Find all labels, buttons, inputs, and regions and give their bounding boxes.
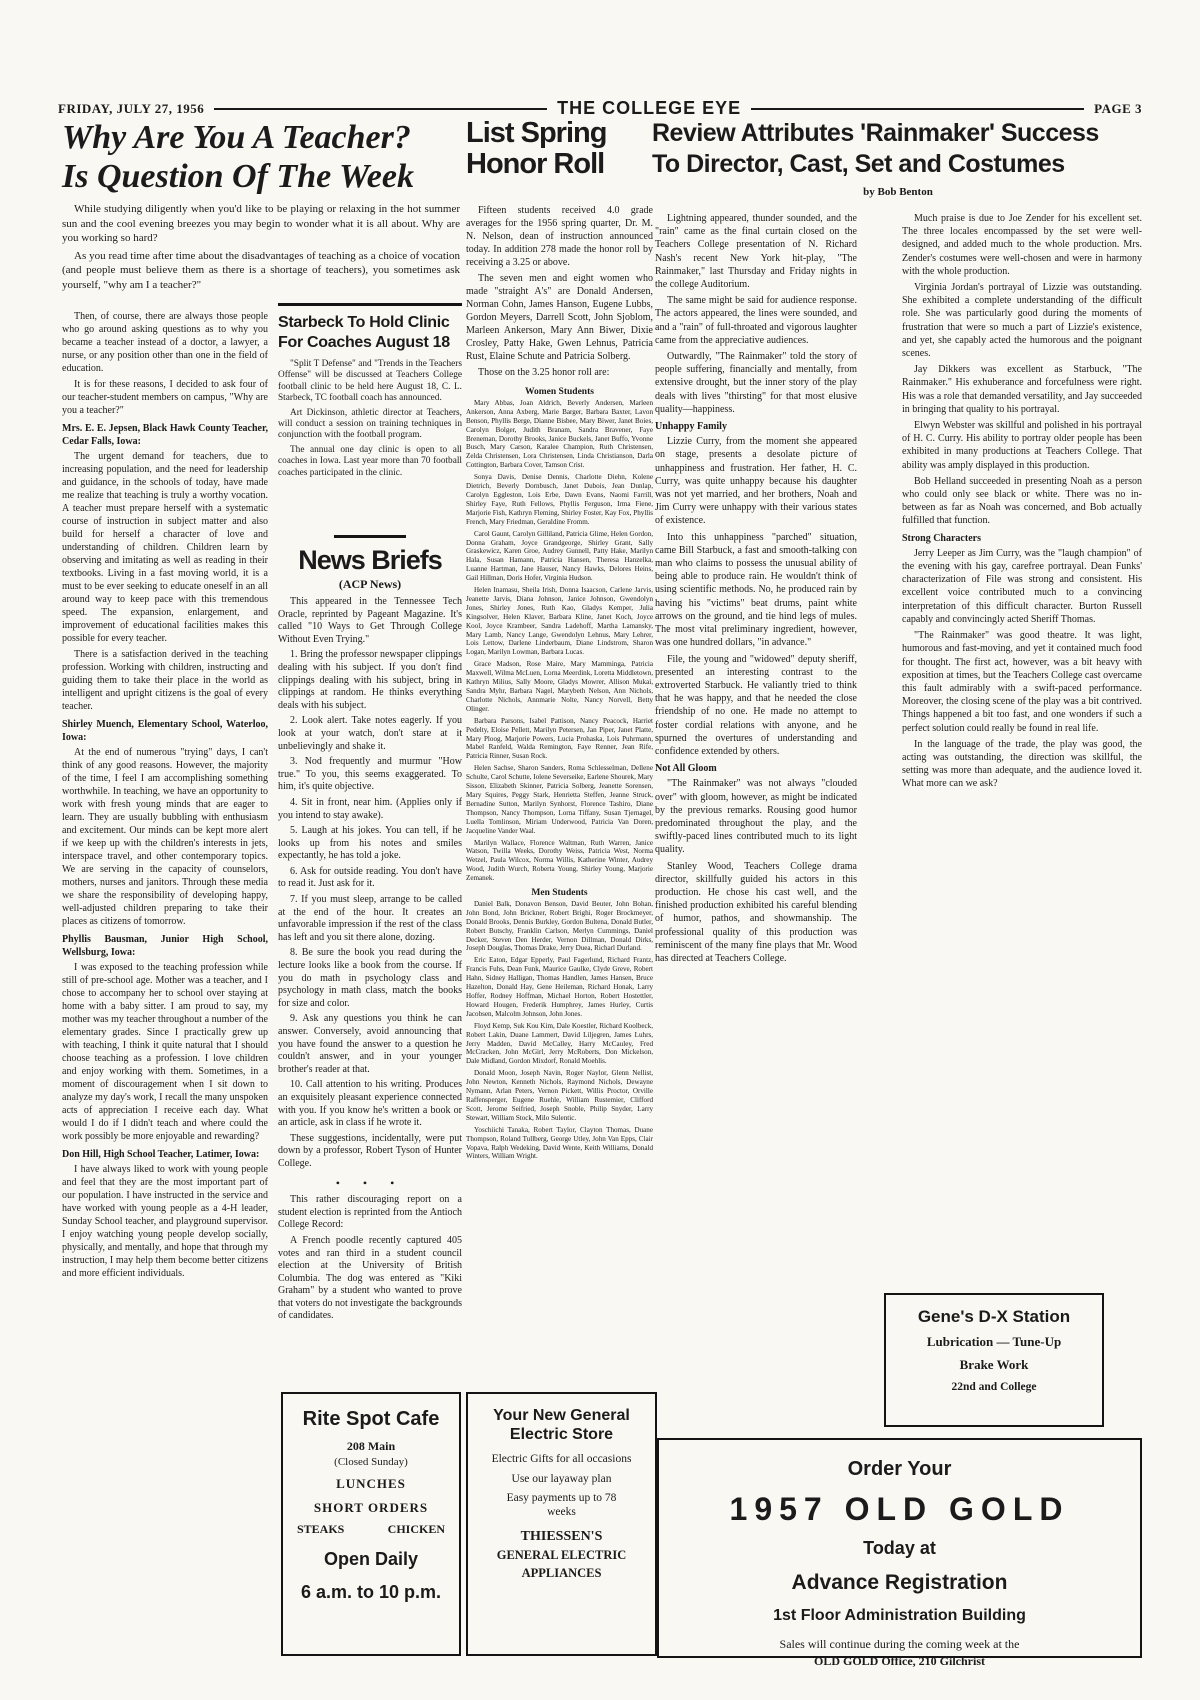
teacher-p1: Then, of course, there are always those … — [62, 310, 268, 375]
honor-roll-name-lists: Women Students Mary Abbas, Joan Aldrich,… — [466, 382, 653, 1164]
old-gold-advance-registration: Advance Registration — [659, 1571, 1140, 1595]
old-gold-office: OLD GOLD Office, 210 Gilchrist — [659, 1654, 1140, 1669]
ge-ad-title-line1: Your New General — [468, 1406, 655, 1425]
rainmaker-c2-p5: Bob Helland succeeded in presenting Noah… — [902, 475, 1142, 528]
old-gold-order-your: Order Your — [659, 1458, 1140, 1481]
rainmaker-c2-p1: Much praise is due to Joe Zender for his… — [902, 212, 1142, 278]
rite-spot-steaks: STEAKS — [297, 1522, 344, 1537]
rainmaker-headline: Review Attributes 'Rainmaker' Success To… — [652, 118, 1144, 180]
men-students-heading: Men Students — [466, 889, 653, 898]
rainmaker-c1-p5: Into this unhappiness "parched" situatio… — [655, 531, 857, 650]
rite-spot-title: Rite Spot Cafe — [283, 1408, 459, 1431]
rainmaker-c2-p4: Elwyn Webster was skillful and polished … — [902, 419, 1142, 472]
women-names-group: Mary Abbas, Joan Aldrich, Beverly Anders… — [466, 399, 653, 470]
rainmaker-c1-p7: "The Rainmaker" was not always "clouded … — [655, 777, 857, 856]
header-rule-right — [751, 108, 1084, 110]
genes-ad-line3: 22nd and College — [886, 1381, 1102, 1393]
teacher-headline-line2: Is Question Of The Week — [62, 157, 462, 196]
genes-dx-station-ad: Gene's D-X Station Lubrication — Tune-Up… — [884, 1293, 1104, 1427]
rainmaker-c2-p3: Jay Dikkers was excellent as Starbuck, "… — [902, 363, 1142, 416]
news-briefs-election-p1: This rather discouraging report on a stu… — [278, 1194, 462, 1232]
header-rule-left — [214, 108, 547, 110]
news-brief-item: 4. Sit in front, near him. (Applies only… — [278, 797, 462, 822]
starbeck-p2: Art Dickinson, athletic director at Teac… — [278, 408, 462, 442]
news-brief-item: 3. Nod frequently and murmur "How true."… — [278, 756, 462, 794]
header-page-number: PAGE 3 — [1094, 101, 1142, 117]
teacher-p2: It is for these reasons, I decided to as… — [62, 378, 268, 417]
women-names-group: Helen Inamasu, Sheila Irish, Donna Isaac… — [466, 586, 653, 657]
news-brief-item: 6. Ask for outside reading. You don't ha… — [278, 866, 462, 891]
genes-ad-line2: Brake Work — [886, 1357, 1102, 1373]
honor-roll-headline-line1: List Spring — [466, 118, 653, 149]
rainmaker-c2-p7: "The Rainmaker" was good theatre. It was… — [902, 629, 1142, 735]
starbeck-p1: "Split T Defense" and "Trends in the Tea… — [278, 359, 462, 405]
rainmaker-c1-p2: The same might be said for audience resp… — [655, 294, 857, 347]
honor-roll-intro: Fifteen students received 4.0 grade aver… — [466, 204, 653, 379]
page-header: FRIDAY, JULY 27, 1956 THE COLLEGE EYE PA… — [58, 98, 1142, 119]
rainmaker-subhead-not-all-gloom: Not All Gloom — [655, 762, 857, 775]
men-names-group: Donald Moon, Joseph Navin, Roger Naylor,… — [466, 1069, 653, 1122]
rite-spot-closed-note: (Closed Sunday) — [283, 1456, 459, 1468]
masthead-title: THE COLLEGE EYE — [557, 98, 741, 119]
women-names-group: Sonya Davis, Denise Dennis, Charlotte Di… — [466, 473, 653, 526]
honor-roll-p1: Fifteen students received 4.0 grade aver… — [466, 204, 653, 269]
news-brief-item: 8. Be sure the book you read during the … — [278, 947, 462, 1010]
teacher-intro-p1: While studying diligently when you'd lik… — [62, 202, 460, 246]
honor-roll-p2: The seven men and eight women who made "… — [466, 272, 653, 363]
women-names-group: Grace Madson, Rose Maire, Mary Mamminga,… — [466, 660, 653, 713]
header-date: FRIDAY, JULY 27, 1956 — [58, 101, 204, 117]
rainmaker-c1-p1: Lightning appeared, thunder sounded, and… — [655, 212, 857, 291]
news-briefs-body: This appeared in the Tennessee Tech Orac… — [278, 596, 462, 1323]
rainmaker-subhead-unhappy-family: Unhappy Family — [655, 420, 857, 433]
rainmaker-c1-p8: Stanley Wood, Teachers College drama dir… — [655, 860, 857, 966]
news-brief-item: 1. Bring the professor newspaper clippin… — [278, 649, 462, 712]
genes-ad-line1: Lubrication — Tune-Up — [886, 1334, 1102, 1350]
rainmaker-column-2: Much praise is due to Joe Zender for his… — [902, 212, 1142, 1288]
teacher-article-intro: While studying diligently when you'd lik… — [62, 202, 460, 295]
rainmaker-c2-p6: Jerry Leeper as Jim Curry, was the "laug… — [902, 547, 1142, 626]
news-brief-item: 7. If you must sleep, arrange to be call… — [278, 894, 462, 944]
honor-roll-article: List Spring Honor Roll Fifteen students … — [466, 118, 653, 1164]
news-briefs-source: (ACP News) — [278, 577, 462, 592]
honor-roll-headline-line2: Honor Roll — [466, 149, 653, 180]
women-names-group: Barbara Parsons, Isabel Pattison, Nancy … — [466, 717, 653, 762]
ge-ad-title: Your New General Electric Store — [468, 1406, 655, 1444]
rainmaker-c1-p4: Lizzie Curry, from the moment she appear… — [655, 435, 857, 527]
ge-ad-layaway-line: Use our layaway plan — [468, 1473, 655, 1485]
starbeck-clinic-article: Starbeck To Hold Clinic For Coaches Augu… — [278, 303, 462, 482]
teacher-p4: There is a satisfaction derived in the t… — [62, 648, 268, 713]
rite-spot-open-daily: Open Daily — [283, 1549, 459, 1570]
ge-ad-payments-line: Easy payments up to 78 weeks — [468, 1491, 655, 1519]
news-brief-item: 9. Ask any questions you think he can an… — [278, 1013, 462, 1076]
honor-roll-headline: List Spring Honor Roll — [466, 118, 653, 180]
women-names-group: Carol Gaunt, Carolyn Gilliland, Patricia… — [466, 530, 653, 583]
rainmaker-c1-p3: Outwardly, "The Rainmaker" told the stor… — [655, 350, 857, 416]
news-briefs-election-p2: A French poodle recently captured 405 vo… — [278, 1235, 462, 1323]
ge-ad-title-line2: Electric Store — [468, 1425, 655, 1444]
men-names-group: Yoschiichi Tanaka, Robert Taylor, Clayto… — [466, 1126, 653, 1162]
rite-spot-hours: 6 a.m. to 10 p.m. — [283, 1582, 459, 1603]
rainmaker-byline: by Bob Benton — [652, 186, 1144, 198]
news-briefs-closing: These suggestions, incidentally, were pu… — [278, 1133, 462, 1171]
teacher-intro-p2: As you read time after time about the di… — [62, 249, 460, 293]
teacher-article-headline: Why Are You A Teacher? Is Question Of Th… — [62, 118, 462, 196]
men-names-group: Floyd Kemp, Suk Kou Kim, Dale Koestler, … — [466, 1022, 653, 1067]
teacher-headline-line1: Why Are You A Teacher? — [62, 118, 462, 157]
general-electric-store-ad: Your New General Electric Store Electric… — [466, 1392, 657, 1656]
old-gold-location: 1st Floor Administration Building — [659, 1607, 1140, 1625]
women-names-group: Helen Sachse, Sharon Sanders, Roma Schle… — [466, 764, 653, 835]
teacher-p3: The urgent demand for teachers, due to i… — [62, 450, 268, 645]
news-briefs-section: News Briefs (ACP News) This appeared in … — [278, 535, 462, 1380]
rite-spot-address: 208 Main — [283, 1439, 459, 1454]
women-names-group: Marilyn Wallace, Florence Waltman, Ruth … — [466, 839, 653, 884]
starbeck-p3: The annual one day clinic is open to all… — [278, 445, 462, 479]
teacher-p5: At the end of numerous "trying" days, I … — [62, 746, 268, 928]
men-names-group: Daniel Balk, Donavon Benson, David Beute… — [466, 900, 653, 953]
teacher-p7: I have always liked to work with young p… — [62, 1163, 268, 1280]
news-brief-item: 10. Call attention to his writing. Produ… — [278, 1079, 462, 1129]
teacher-subhead-jepsen: Mrs. E. E. Jepsen, Black Hawk County Tea… — [62, 422, 268, 448]
women-students-heading: Women Students — [466, 388, 653, 397]
newspaper-page: FRIDAY, JULY 27, 1956 THE COLLEGE EYE PA… — [0, 0, 1200, 1700]
news-briefs-rule — [334, 535, 406, 538]
rainmaker-subhead-strong-characters: Strong Characters — [902, 532, 1142, 545]
ge-ad-appliances: APPLIANCES — [468, 1566, 655, 1581]
rainmaker-c2-p2: Virginia Jordan's portrayal of Lizzie wa… — [902, 281, 1142, 360]
teacher-subhead-muench: Shirley Muench, Elementary School, Water… — [62, 718, 268, 744]
old-gold-today-at: Today at — [659, 1538, 1140, 1559]
rainmaker-headline-line1: Review Attributes 'Rainmaker' Success — [652, 118, 1144, 149]
ge-ad-gifts-line: Electric Gifts for all occasions — [468, 1452, 655, 1466]
rainmaker-c2-p8: In the language of the trade, the play w… — [902, 738, 1142, 791]
rite-spot-menu-lunches: LUNCHES — [283, 1476, 459, 1492]
old-gold-sales-note: Sales will continue during the coming we… — [659, 1637, 1140, 1652]
news-brief-item: 2. Look alert. Take notes eagerly. If yo… — [278, 715, 462, 753]
rainmaker-c1-p6: File, the young and "widowed" deputy she… — [655, 653, 857, 759]
men-names-group: Eric Eaton, Edgar Epperly, Paul Fagerlun… — [466, 956, 653, 1018]
rite-spot-menu-short-orders: SHORT ORDERS — [283, 1500, 459, 1516]
honor-roll-p3: Those on the 3.25 honor roll are: — [466, 366, 653, 379]
news-briefs-intro: This appeared in the Tennessee Tech Orac… — [278, 596, 462, 646]
teacher-article-body: Then, of course, there are always those … — [62, 310, 268, 1565]
starbeck-top-rule — [278, 303, 462, 306]
news-briefs-separator: • • • — [278, 1177, 462, 1190]
rainmaker-headline-line2: To Director, Cast, Set and Costumes — [652, 149, 1144, 180]
news-brief-item: 5. Laugh at his jokes. You can tell, if … — [278, 825, 462, 863]
rite-spot-chicken: CHICKEN — [388, 1522, 445, 1537]
old-gold-title: 1957 OLD GOLD — [659, 1491, 1140, 1528]
rite-spot-cafe-ad: Rite Spot Cafe 208 Main (Closed Sunday) … — [281, 1392, 461, 1656]
ge-ad-thiessens: THIESSEN'S — [468, 1529, 655, 1545]
rite-spot-menu-steaks-chicken: STEAKS CHICKEN — [283, 1522, 459, 1537]
genes-ad-title: Gene's D-X Station — [886, 1307, 1102, 1327]
starbeck-headline: Starbeck To Hold Clinic For Coaches Augu… — [278, 313, 462, 353]
ge-ad-general-electric: GENERAL ELECTRIC — [468, 1548, 655, 1563]
rainmaker-column-1: Lightning appeared, thunder sounded, and… — [655, 212, 857, 1300]
teacher-subhead-hill: Don Hill, High School Teacher, Latimer, … — [62, 1148, 268, 1161]
starbeck-body: "Split T Defense" and "Trends in the Tea… — [278, 359, 462, 479]
news-briefs-title: News Briefs — [278, 545, 462, 575]
teacher-p6: I was exposed to the teaching profession… — [62, 961, 268, 1143]
teacher-subhead-bausman: Phyllis Bausman, Junior High School, Wel… — [62, 933, 268, 959]
old-gold-ad: Order Your 1957 OLD GOLD Today at Advanc… — [657, 1438, 1142, 1658]
